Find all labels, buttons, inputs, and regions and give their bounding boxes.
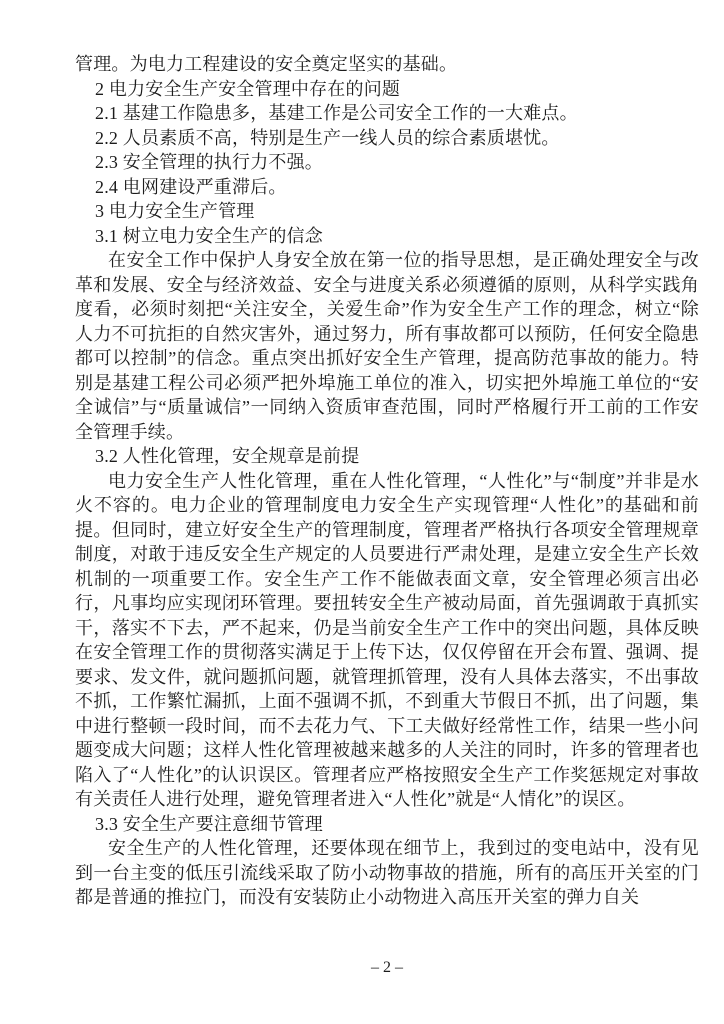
page-number: – 2 –: [75, 957, 699, 979]
section-heading-2-1: 2.1 基建工作隐患多，基建工作是公司安全工作的一大难点。: [75, 101, 699, 126]
document-body: 管理。为电力工程建设的安全奠定坚实的基础。 2 电力安全生产安全管理中存在的问题…: [75, 52, 699, 910]
section-heading-2-4: 2.4 电网建设严重滞后。: [75, 175, 699, 200]
document-page: 管理。为电力工程建设的安全奠定坚实的基础。 2 电力安全生产安全管理中存在的问题…: [0, 0, 724, 1024]
paragraph-3-2: 电力安全生产人性化管理，重在人性化管理，“人性化”与“制度”并非是水火不容的。电…: [75, 469, 699, 812]
section-heading-3: 3 电力安全生产管理: [75, 199, 699, 224]
section-heading-3-2: 3.2 人性化管理，安全规章是前提: [75, 444, 699, 469]
section-heading-2: 2 电力安全生产安全管理中存在的问题: [75, 77, 699, 102]
section-heading-2-2: 2.2 人员素质不高，特别是生产一线人员的综合素质堪忧。: [75, 126, 699, 151]
section-heading-2-3: 2.3 安全管理的执行力不强。: [75, 150, 699, 175]
section-heading-3-1: 3.1 树立电力安全生产的信念: [75, 224, 699, 249]
paragraph-3-1: 在安全工作中保护人身安全放在第一位的指导思想，是正确处理安全与改革和发展、安全与…: [75, 248, 699, 444]
continued-paragraph: 管理。为电力工程建设的安全奠定坚实的基础。: [75, 52, 699, 77]
paragraph-3-3: 安全生产的人性化管理，还要体现在细节上，我到过的变电站中，没有见到一台主变的低压…: [75, 836, 699, 910]
section-heading-3-3: 3.3 安全生产要注意细节管理: [75, 812, 699, 837]
